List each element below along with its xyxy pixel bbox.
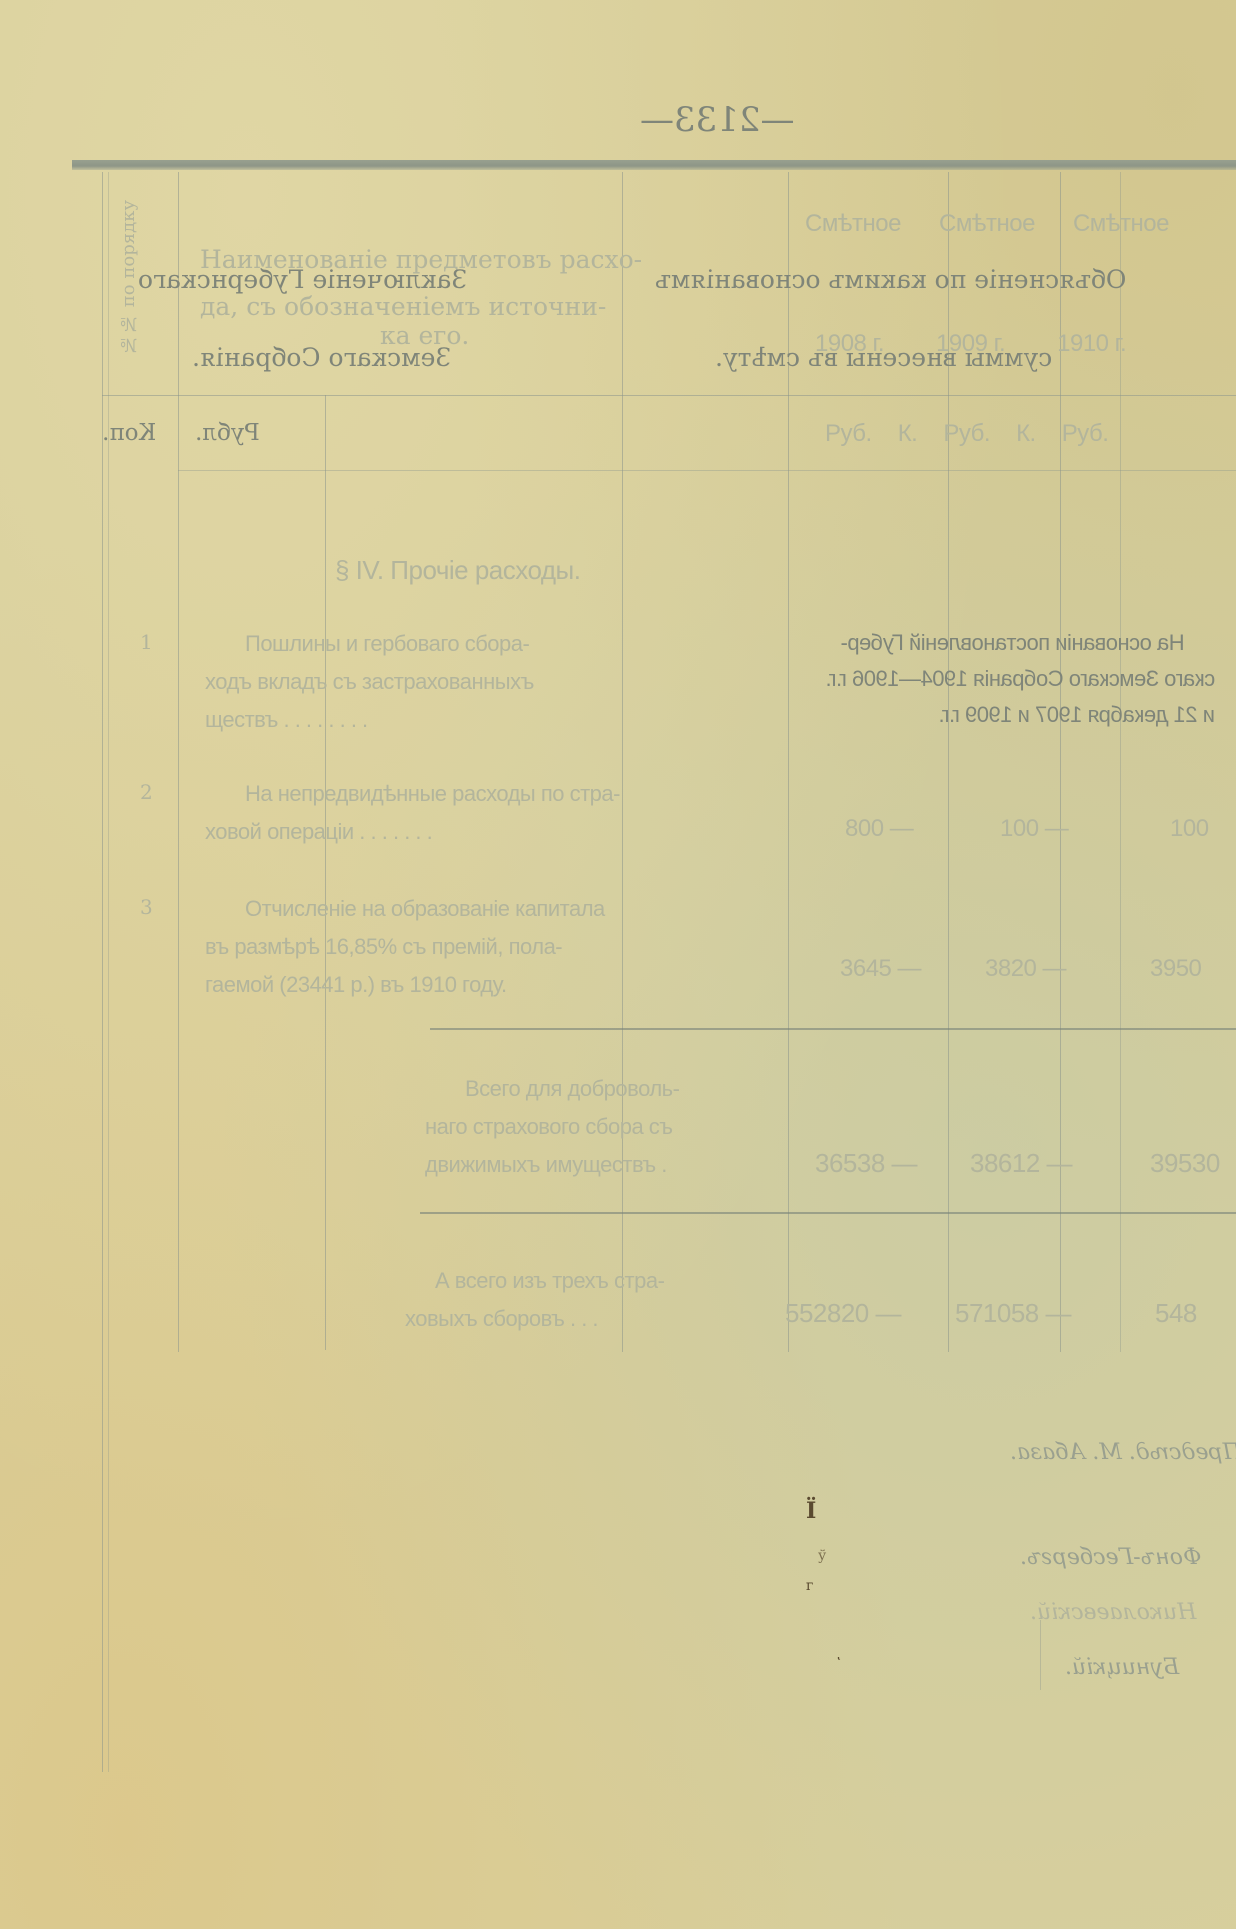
grand-total-value-1909: 571058 — [955, 1298, 1071, 1329]
subtotal-value-1909: 38612 — [970, 1148, 1072, 1179]
header-unit-kop: Коп. [102, 420, 156, 446]
header-item-col: Наименованіе предметовъ расхо- да, съ об… [200, 245, 642, 350]
row-text: Отчисленіе на образованіе капитала въ ра… [205, 890, 605, 1004]
printer-mark: Ї [806, 1498, 816, 1524]
explanation-paragraph: На основаніи постановленій Губер- скаго … [690, 625, 1185, 733]
signature-member: Фонъ-Гесбергъ. [1020, 1545, 1201, 1570]
signature-member: Николаевскій. [1030, 1600, 1196, 1625]
units-rule [178, 470, 1236, 471]
grand-total-text: А всего изъ трехъ стра- ховыхъ сборовъ .… [405, 1262, 664, 1338]
subtotal-value-1910: 39530 [1150, 1148, 1220, 1179]
page-number: —2133— [640, 100, 795, 140]
signature-member: Буницкій. [1065, 1655, 1179, 1680]
header-conclusion-line1: Заключеніе Губернскаго [138, 265, 467, 294]
row-text: На непредвидѣнные расходы по стра- ховой… [205, 775, 620, 851]
section-title: § IV. Прочіе расходы. [335, 555, 580, 586]
table-border-left [102, 172, 103, 1772]
row-value-1910: 100 [1170, 815, 1209, 843]
row-number: 1 [140, 630, 153, 654]
header-units: Руб. К. Руб. К. Руб. [825, 420, 1108, 448]
subtotal-rule [430, 1028, 1236, 1030]
printer-mark: г [806, 1578, 813, 1594]
row-value-1910: 3950 [1150, 955, 1201, 983]
signature-bracket [1040, 1620, 1041, 1690]
column-divider [178, 172, 179, 1352]
printer-mark: ў [818, 1548, 826, 1564]
header-conclusion-line2: Земскаго Собранія. [192, 343, 451, 372]
header-explanation-line1: Объясненіе по какимъ основаніямъ [655, 265, 1126, 294]
subtotal-value-1908: 36538 — [815, 1148, 917, 1179]
table-top-rule [72, 160, 1236, 170]
side-label-number: №№ по порядку [118, 200, 139, 355]
header-unit-rub: Рубл. [195, 420, 260, 446]
table-border-left-inner [108, 172, 109, 1772]
grand-total-value-1908: 552820 — [785, 1298, 901, 1329]
row-value-1909: 100 — [1000, 815, 1068, 843]
column-divider [325, 395, 326, 1350]
header-bottom-rule [102, 395, 1236, 396]
grand-total-value-1910: 548 [1155, 1298, 1197, 1329]
row-number: 2 [140, 780, 153, 804]
signature-chairman: Предсѣд. М. Абаза. [1010, 1440, 1236, 1465]
row-value-1909: 3820 — [985, 955, 1066, 983]
header-explanation-line2: суммы внесены въ смѣту. [715, 343, 1052, 372]
printer-mark: ͺ [834, 1640, 843, 1661]
grand-total-rule [420, 1212, 1236, 1214]
row-value-1908: 3645 — [840, 955, 921, 983]
row-number: 3 [140, 895, 153, 919]
subtotal-text: Всего для доброволь- наго страхового сбо… [425, 1070, 679, 1184]
header-years: Смѣтное Смѣтное Смѣтное [805, 210, 1236, 238]
row-value-1908: 800 — [845, 815, 913, 843]
row-text: Пошлины и гербоваго сбора- ходъ вкладъ с… [205, 625, 534, 739]
